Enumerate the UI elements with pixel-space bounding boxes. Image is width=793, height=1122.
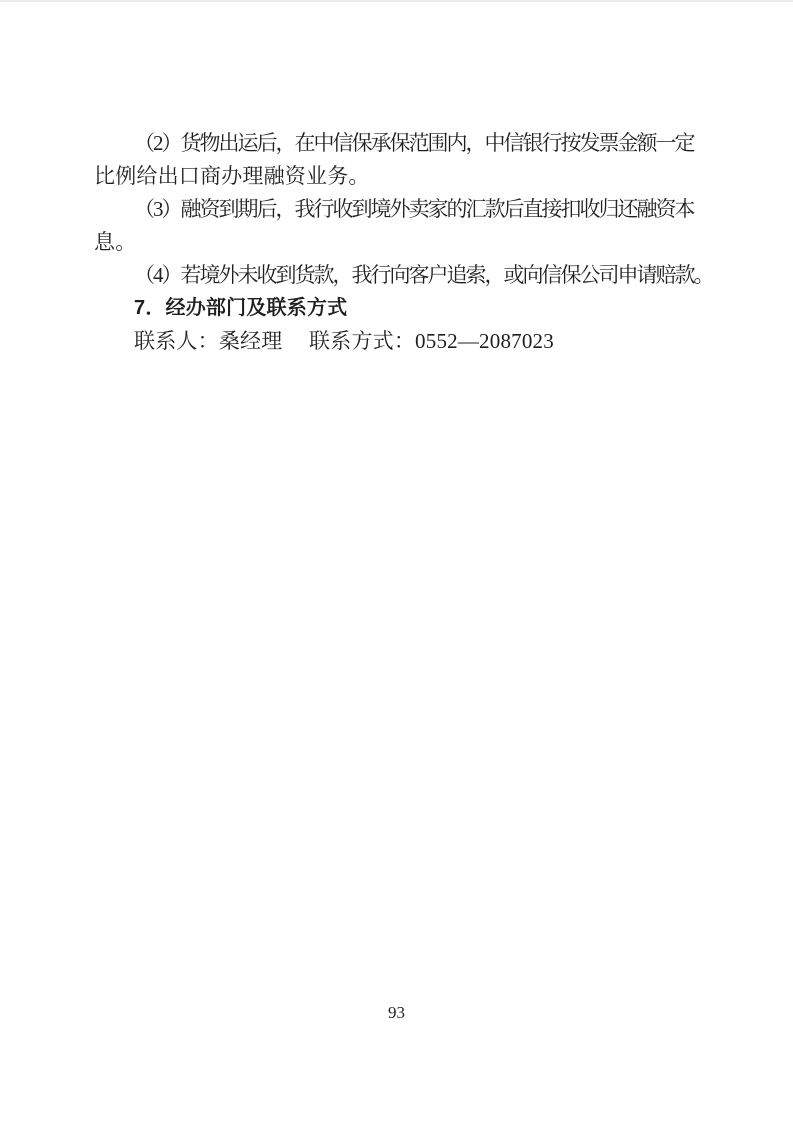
page-number: 93 <box>0 1001 793 1025</box>
paragraph-2-line-1: （2）货物出运后，在中信保承保范围内，中信银行按发票金额一定 <box>94 127 706 160</box>
contact-line: 联系人：桑经理 联系方式：0552—2087023 <box>94 325 706 358</box>
document-body: （2）货物出运后，在中信保承保范围内，中信银行按发票金额一定 比例给出口商办理融… <box>94 127 706 358</box>
document-page: （2）货物出运后，在中信保承保范围内，中信银行按发票金额一定 比例给出口商办理融… <box>0 0 793 1122</box>
paragraph-4-line-1: （4）若境外未收到货款，我行向客户追索，或向信保公司申请赔款。 <box>94 259 706 292</box>
paragraph-3-line-1: （3）融资到期后，我行收到境外卖家的汇款后直接扣收归还融资本 <box>94 193 706 226</box>
section-heading: 7．经办部门及联系方式 <box>94 292 706 325</box>
paragraph-3-line-2: 息。 <box>94 226 706 259</box>
scan-edge-artifact <box>0 0 793 2</box>
paragraph-2-line-2: 比例给出口商办理融资业务。 <box>94 160 706 193</box>
